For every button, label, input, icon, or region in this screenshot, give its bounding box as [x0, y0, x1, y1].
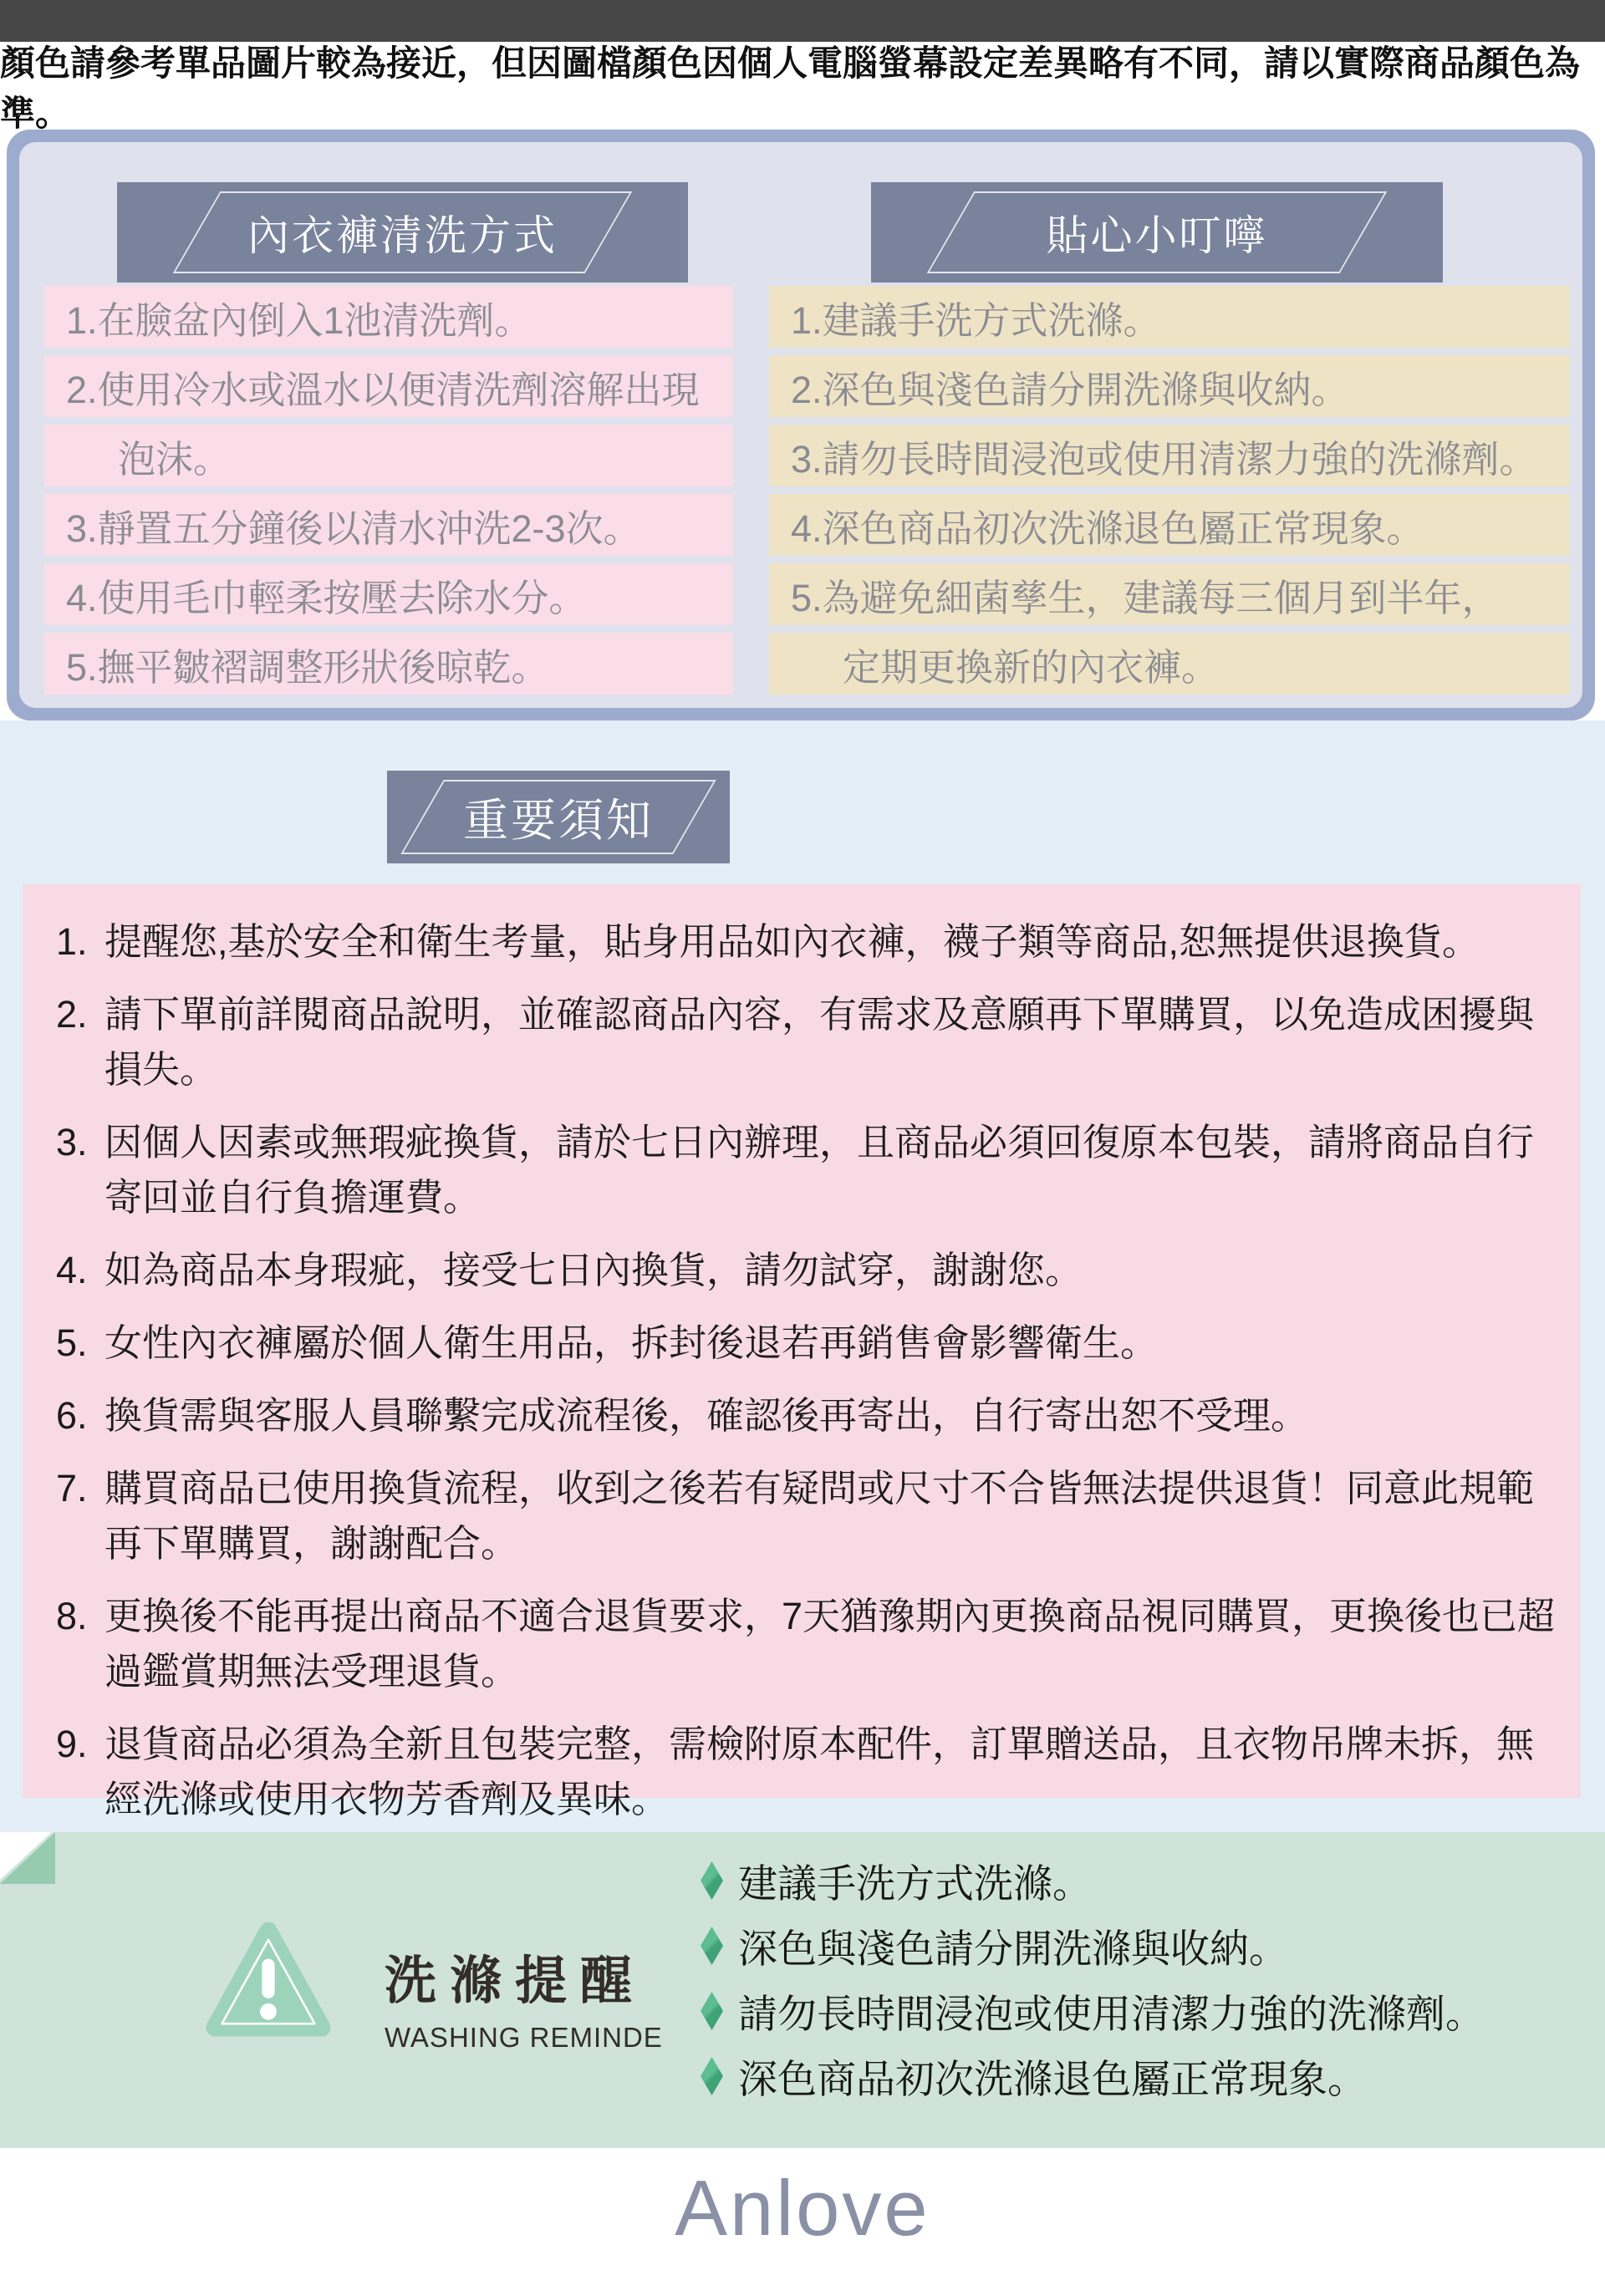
notice-item: 4.如為商品本身瑕疵，接受七日內換貨，請勿試穿，謝謝您。 [56, 1243, 1556, 1298]
washing-step-row-continued: 泡沫。 [44, 425, 733, 486]
washing-instructions-inner: 內衣褲清洗方式 貼心小叮嚀 1.在臉盆內倒入1池清洗劑。 2.使用冷水或溫水以便… [19, 142, 1582, 708]
notice-item: 5.女性內衣褲屬於個人衛生用品，拆封後退若再銷售會影響衛生。 [56, 1316, 1556, 1371]
tip-row: 1.建議手洗方式洗滌。 [769, 286, 1570, 348]
important-notice-panel: 1.提醒您,基於安全和衛生考量，貼身用品如內衣褲，襪子類等商品,恕無提供退換貨。… [23, 884, 1581, 1798]
reminder-bullet: 深色商品初次洗滌退色屬正常現象。 [701, 2053, 1485, 2100]
notice-list: 1.提醒您,基於安全和衛生考量，貼身用品如內衣褲，襪子類等商品,恕無提供退換貨。… [56, 914, 1556, 1827]
washing-steps-column: 1.在臉盆內倒入1池清洗劑。 2.使用冷水或溫水以便清洗劑溶解出現 泡沫。 3.… [44, 286, 733, 702]
notice-item: 1.提醒您,基於安全和衛生考量，貼身用品如內衣褲，襪子類等商品,恕無提供退換貨。 [56, 914, 1556, 970]
badge-parallelogram-outline [927, 191, 1388, 273]
tip-row: 3.請勿長時間浸泡或使用清潔力強的洗滌劑。 [769, 425, 1570, 486]
badge-parallelogram-outline [173, 191, 633, 273]
notice-item: 2.請下單前詳閱商品說明，並確認商品內容，有需求及意願再下單購買，以免造成困擾與… [56, 987, 1556, 1097]
diamond-bullet-icon [701, 2057, 723, 2095]
tip-row: 4.深色商品初次洗滌退色屬正常現象。 [769, 494, 1570, 556]
diamond-bullet-icon [701, 1861, 723, 1900]
diamond-bullet-icon [701, 1927, 723, 1965]
notice-item: 7.購買商品已使用換貨流程，收到之後若有疑問或尺寸不合皆無法提供退貨！同意此規範… [56, 1461, 1556, 1571]
tip-row-continued: 定期更換新的內衣褲。 [769, 633, 1570, 695]
diamond-bullet-icon [701, 1992, 723, 2030]
product-notice-page: 顏色請參考單品圖片較為接近，但因圖檔顏色因個人電腦螢幕設定差異略有不同，請以實際… [0, 0, 1605, 2296]
reminder-bullet: 建議手洗方式洗滌。 [701, 1857, 1485, 1904]
washing-reminder-band: 洗滌提醒 WASHING REMINDE 建議手洗方式洗滌。 深色與淺色請分開洗… [0, 1832, 1605, 2148]
reminder-subtitle: WASHING REMINDE [385, 2022, 685, 2054]
washing-step-row: 3.靜置五分鐘後以清水沖洗2-3次。 [44, 494, 733, 556]
badge-parallelogram-outline [400, 780, 716, 854]
notice-item: 8.更換後不能再提出商品不適合退貨要求，7天猶豫期內更換商品視同購買，更換後也已… [56, 1589, 1556, 1699]
washing-step-row: 4.使用毛巾輕柔按壓去除水分。 [44, 563, 733, 625]
notice-item: 3.因個人因素或無瑕疵換貨，請於七日內辦理，且商品必須回復原本包裝，請將商品自行… [56, 1115, 1556, 1225]
notice-item: 9.退貨商品必須為全新且包裝完整，需檢附原本配件，訂單贈送品，且衣物吊牌未拆，無… [56, 1717, 1556, 1827]
washing-step-row: 5.撫平皺褶調整形狀後晾乾。 [44, 633, 733, 695]
color-disclaimer-text: 顏色請參考單品圖片較為接近，但因圖檔顏色因個人電腦螢幕設定差異略有不同，請以實際… [0, 42, 1605, 130]
notice-item: 6.換貨需與客服人員聯繫完成流程後，確認後再寄出，自行寄出恕不受理。 [56, 1388, 1556, 1443]
tip-row: 5.為避免細菌孳生，建議每三個月到半年， [769, 563, 1570, 625]
warning-triangle-icon [205, 1917, 332, 2041]
important-notice-header: 重要須知 [387, 771, 730, 863]
tip-row: 2.深色與淺色請分開洗滌與收納。 [769, 355, 1570, 417]
reminder-bullet: 請勿長時間浸泡或使用清潔力強的洗滌劑。 [701, 1988, 1485, 2034]
reminder-bullet-list: 建議手洗方式洗滌。 深色與淺色請分開洗滌與收納。 請勿長時間浸泡或使用清潔力強的… [701, 1857, 1485, 2118]
tips-column: 1.建議手洗方式洗滌。 2.深色與淺色請分開洗滌與收納。 3.請勿長時間浸泡或使… [769, 286, 1570, 702]
reminder-title: 洗滌提醒 [385, 1939, 685, 2013]
washing-instructions-panel: 內衣褲清洗方式 貼心小叮嚀 1.在臉盆內倒入1池清洗劑。 2.使用冷水或溫水以便… [7, 130, 1595, 720]
brand-logo: Anlove [0, 2163, 1605, 2253]
washing-step-row: 2.使用冷水或溫水以便清洗劑溶解出現 [44, 355, 733, 417]
reminder-title-block: 洗滌提醒 WASHING REMINDE [385, 1939, 685, 2054]
washing-method-header: 內衣褲清洗方式 [117, 182, 688, 283]
friendly-tips-header: 貼心小叮嚀 [871, 182, 1443, 283]
reminder-bullet: 深色與淺色請分開洗滌與收納。 [701, 1922, 1485, 1969]
washing-step-row: 1.在臉盆內倒入1池清洗劑。 [44, 286, 733, 348]
